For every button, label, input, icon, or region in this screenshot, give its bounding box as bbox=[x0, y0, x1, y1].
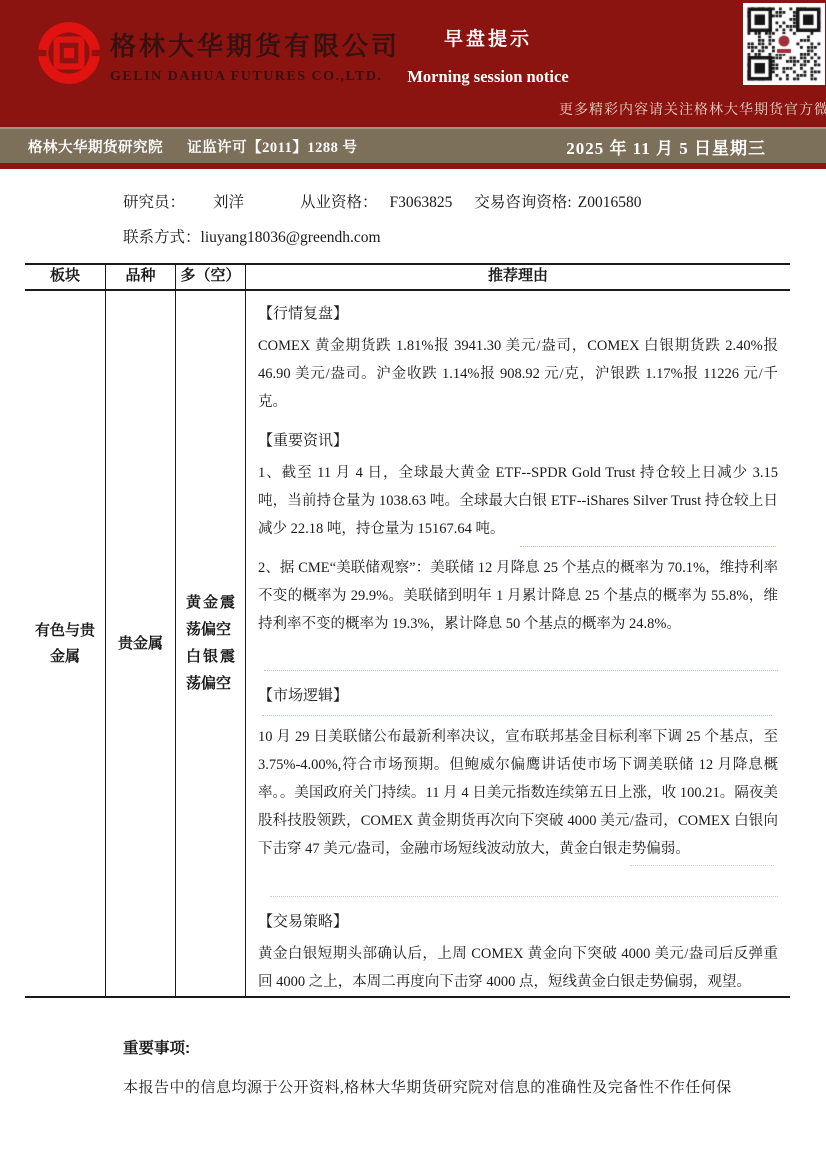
reason-paragraph: 黄金白银短期头部确认后，上周 COMEX 黄金向下突破 4000 美元/盎司后反… bbox=[258, 940, 778, 996]
advisory-qualification-number: Z0016580 bbox=[578, 194, 642, 211]
reason-paragraph: 2、据 CME“美联储观察”：美联储 12 月降息 25 个基点的概率为 70.… bbox=[258, 554, 778, 638]
info-bar-left: 格林大华期货研究院 证监许可【2011】1288 号 bbox=[28, 136, 357, 157]
page: { "header": { "company_name_cn": "格林大华期货… bbox=[0, 0, 826, 1169]
header-cell-variety: 品种 bbox=[105, 265, 175, 289]
position-line-silver: 白银震荡偏空 bbox=[186, 644, 235, 698]
notice-title: 早盘提示 bbox=[403, 24, 573, 51]
qr-code-canvas bbox=[746, 6, 822, 82]
dotted-rule bbox=[630, 865, 774, 866]
top-header: 格林大华期货有限公司 GELIN DAHUA FUTURES CO.,LTD. … bbox=[0, 0, 826, 127]
header-cell-reason: 推荐理由 bbox=[245, 265, 790, 289]
table-header-row: 板块 品种 多（空） 推荐理由 bbox=[25, 265, 790, 291]
researcher-info: 研究员：刘洋从业资格：F3063825交易咨询资格:Z0016580 联系方式：… bbox=[123, 185, 826, 255]
wechat-qr-code bbox=[743, 3, 825, 85]
accent-strip bbox=[0, 163, 826, 169]
dotted-rule bbox=[270, 896, 778, 897]
contact-email: liuyang18036@greendh.com bbox=[201, 229, 381, 246]
footer-section: 重要事项: 本报告中的信息均源于公开资料,格林大华期货研究院对信息的准确性及完备… bbox=[123, 1038, 826, 1097]
researcher-label: 研究员： bbox=[123, 194, 185, 211]
contact-line: 联系方式：liuyang18036@greendh.com bbox=[123, 220, 826, 255]
license-number: 证监许可【2011】1288 号 bbox=[187, 140, 357, 156]
dotted-rule bbox=[264, 670, 778, 671]
notice-subtitle: Morning session notice bbox=[403, 67, 573, 87]
company-name-cn: 格林大华期货有限公司 bbox=[110, 26, 400, 63]
contact-label: 联系方式： bbox=[123, 229, 201, 246]
reason-section-title: 【行情复盘】 bbox=[258, 303, 778, 325]
recommendation-table: 板块 品种 多（空） 推荐理由 有色与贵金属 贵金属 黄金震荡偏空 白银震荡偏空… bbox=[25, 263, 790, 998]
reason-paragraph: 10 月 29 日美联储公布最新利率决议，宣布联邦基金目标利率下调 25 个基点… bbox=[258, 723, 778, 863]
important-notice-heading: 重要事项: bbox=[123, 1038, 826, 1060]
researcher-line: 研究员：刘洋从业资格：F3063825交易咨询资格:Z0016580 bbox=[123, 185, 826, 220]
info-bar: 格林大华期货研究院 证监许可【2011】1288 号 2025 年 11 月 5… bbox=[0, 127, 826, 163]
notice-title-box: 早盘提示 Morning session notice bbox=[403, 24, 573, 87]
dotted-rule bbox=[262, 715, 772, 716]
reason-section-title: 【重要资讯】 bbox=[258, 430, 778, 452]
header-cell-sector: 板块 bbox=[25, 265, 105, 289]
wechat-tip-text: 更多精彩内容请关注格林大华期货官方微信 bbox=[559, 99, 826, 119]
researcher-name: 刘洋 bbox=[213, 194, 244, 211]
company-logo-icon bbox=[36, 20, 102, 86]
table-row: 有色与贵金属 贵金属 黄金震荡偏空 白银震荡偏空 【行情复盘】COMEX 黄金期… bbox=[25, 291, 790, 996]
company-name-en: GELIN DAHUA FUTURES CO.,LTD. bbox=[110, 69, 400, 85]
practice-qualification-label: 从业资格： bbox=[300, 194, 378, 211]
advisory-qualification-label: 交易咨询资格: bbox=[474, 194, 571, 211]
disclaimer-text: 本报告中的信息均源于公开资料,格林大华期货研究院对信息的准确性及完备性不作任何保 bbox=[123, 1076, 826, 1097]
report-date: 2025 年 11 月 5 日星期三 bbox=[566, 134, 766, 159]
practice-qualification-number: F3063825 bbox=[390, 194, 453, 211]
position-line-gold: 黄金震荡偏空 bbox=[186, 590, 235, 644]
reason-section-title: 【市场逻辑】 bbox=[258, 685, 778, 707]
variety-cell: 贵金属 bbox=[105, 291, 175, 996]
sector-cell: 有色与贵金属 bbox=[25, 291, 105, 996]
company-name: 格林大华期货有限公司 GELIN DAHUA FUTURES CO.,LTD. bbox=[110, 26, 400, 85]
reason-paragraph: COMEX 黄金期货跌 1.81%报 3941.30 美元/盎司，COMEX 白… bbox=[258, 332, 778, 416]
position-cell: 黄金震荡偏空 白银震荡偏空 bbox=[175, 291, 245, 996]
reason-paragraph: 1、截至 11 月 4 日，全球最大黄金 ETF--SPDR Gold Trus… bbox=[258, 459, 778, 543]
reason-section-title: 【交易策略】 bbox=[258, 911, 778, 933]
institute-name: 格林大华期货研究院 bbox=[28, 140, 163, 156]
header-cell-position: 多（空） bbox=[175, 265, 245, 289]
dotted-rule bbox=[520, 546, 776, 547]
reason-cell: 【行情复盘】COMEX 黄金期货跌 1.81%报 3941.30 美元/盎司，C… bbox=[245, 291, 790, 996]
